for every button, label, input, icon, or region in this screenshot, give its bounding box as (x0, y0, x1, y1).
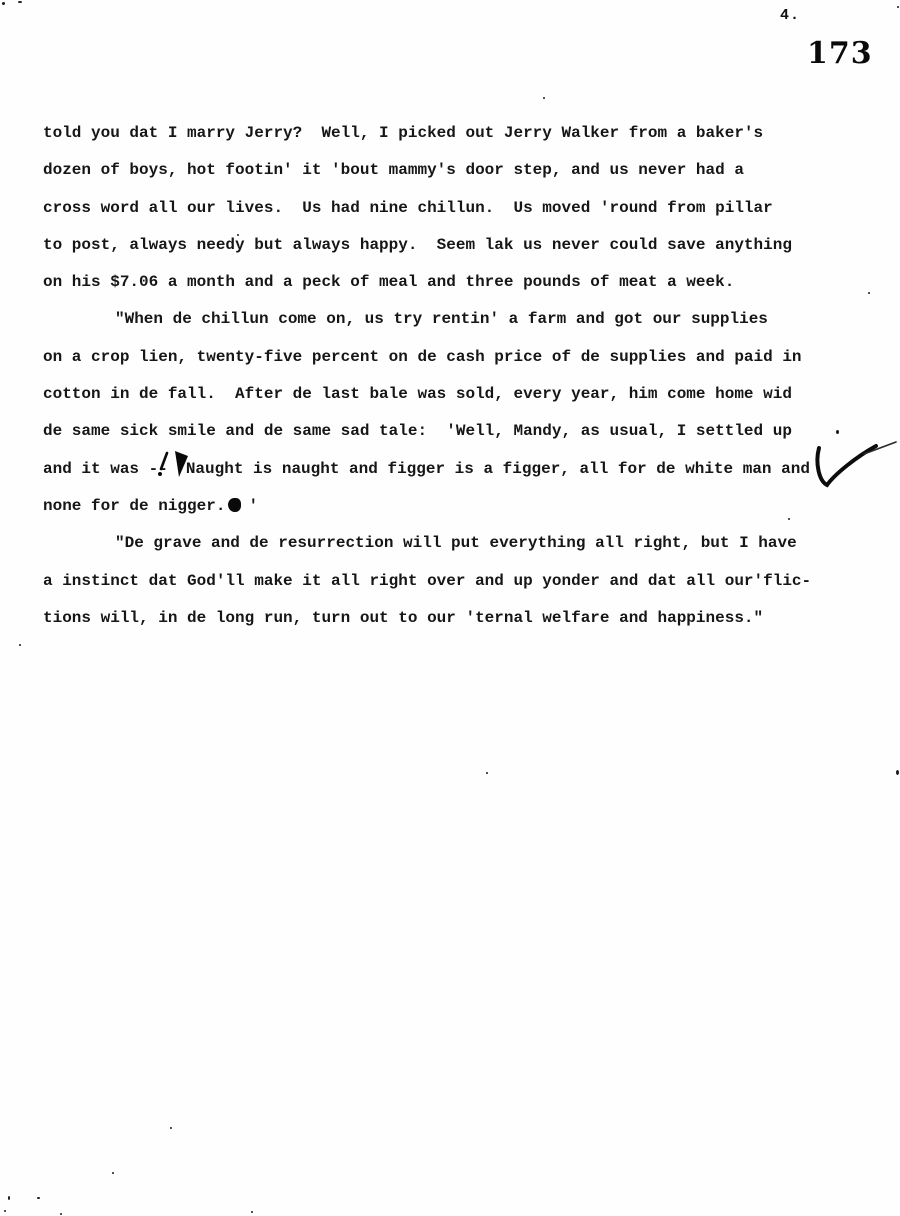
scan-speck (237, 234, 239, 236)
text-line: to post, always needy but always happy. … (43, 227, 843, 264)
handwritten-checkmark (812, 437, 900, 495)
text-segment: Naught is naught and figger is a figger,… (186, 460, 810, 478)
text-line: de same sick smile and de same sad tale:… (43, 413, 843, 450)
text-line-paragraph-start: "When de chillun come on, us try rentin'… (43, 301, 843, 338)
typed-page-number: 4. (780, 7, 800, 24)
text-line: dozen of boys, hot footin' it 'bout mamm… (43, 152, 843, 189)
scan-speck (8, 1196, 10, 1200)
text-line: a instinct dat God'll make it all right … (43, 563, 843, 600)
handwritten-insertion-mark (155, 449, 191, 481)
scan-speck (543, 97, 545, 99)
scan-speck (486, 772, 488, 774)
text-line-with-insertion: and it was --Naught is naught and figger… (43, 451, 843, 488)
scan-speck (896, 770, 899, 775)
text-line: on a crop lien, twenty-five percent on d… (43, 339, 843, 376)
scan-speck (868, 292, 870, 294)
scan-speck (112, 1172, 114, 1174)
scan-speck (2, 2, 5, 5)
scan-speck (170, 1127, 172, 1129)
text-segment: none for de nigger. (43, 497, 225, 515)
text-line: on his $7.06 a month and a peck of meal … (43, 264, 843, 301)
scan-speck (37, 1197, 40, 1199)
text-line: told you dat I marry Jerry? Well, I pick… (43, 115, 843, 152)
text-line-paragraph-start: "De grave and de resurrection will put e… (43, 525, 843, 562)
document-page: 4. 173 told you dat I marry Jerry? Well,… (0, 0, 900, 1216)
scan-speck (788, 518, 790, 520)
scan-speck (251, 1211, 253, 1213)
text-line: tions will, in de long run, turn out to … (43, 600, 843, 637)
scan-speck (897, 6, 899, 8)
scan-speck (836, 430, 839, 434)
text-segment: ' (248, 497, 258, 515)
text-line: cotton in de fall. After de last bale wa… (43, 376, 843, 413)
text-line: cross word all our lives. Us had nine ch… (43, 190, 843, 227)
scan-speck (19, 644, 21, 646)
scan-speck (60, 1213, 62, 1215)
scan-speck (18, 1, 22, 3)
stamped-page-number: 173 (807, 36, 873, 71)
scan-speck (4, 1210, 6, 1212)
text-line-with-inkblot: none for de nigger.' (43, 488, 843, 525)
ink-blot (228, 498, 241, 512)
body-text-block: told you dat I marry Jerry? Well, I pick… (43, 115, 843, 637)
text-segment: and it was -- (43, 460, 168, 478)
